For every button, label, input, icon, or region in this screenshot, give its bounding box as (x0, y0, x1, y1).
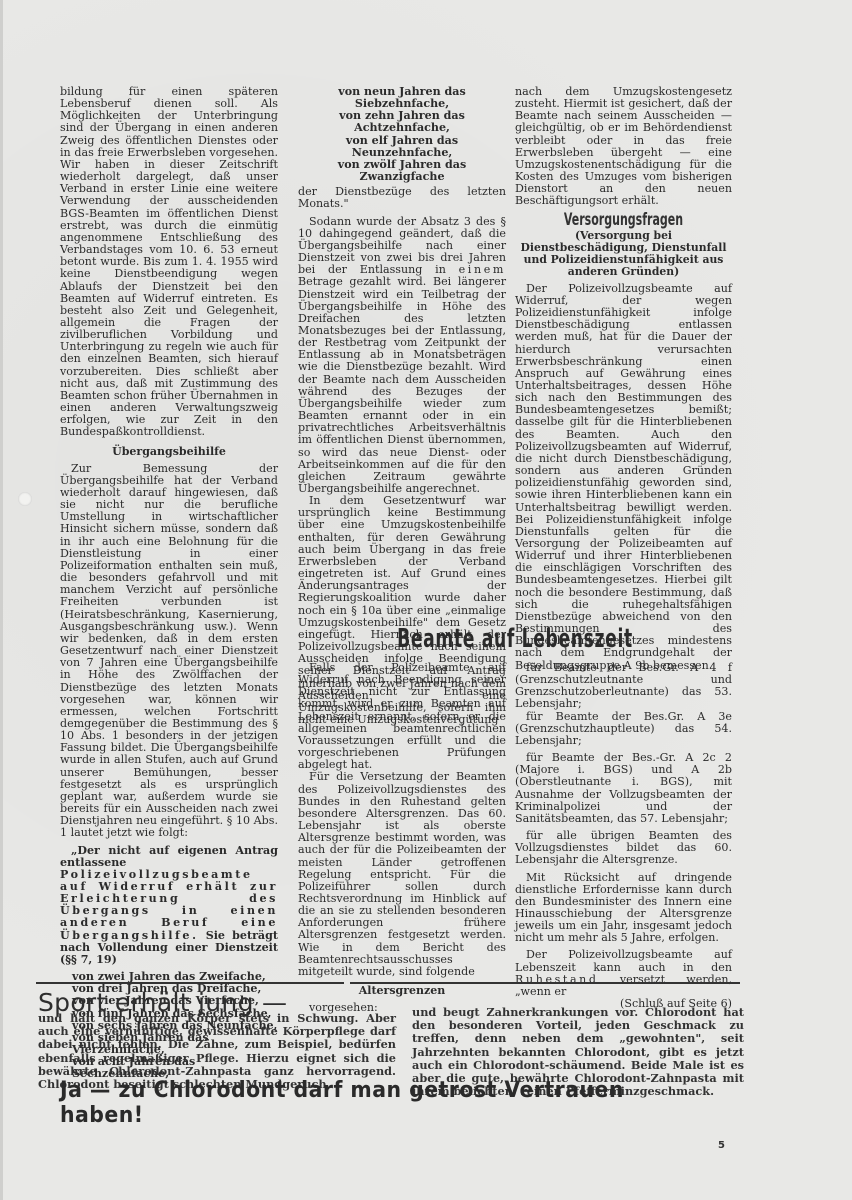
subheading-altersgrenzen: Altersgrenzen (298, 985, 506, 997)
list-item: für Beamte der Bes.Gr. A 3e (Grenzschutz… (515, 711, 732, 747)
magazine-page: bildung für einen späteren Lebensberuf d… (0, 0, 852, 1200)
punch-hole (18, 492, 32, 506)
paragraph: Für die Versetzung der Beamten des Poliz… (298, 771, 506, 978)
list-item: von zwölf Jahren das Zwanzigfache (298, 159, 506, 183)
spaced-text: einem (459, 263, 506, 276)
paragraph: nach dem Umzugskostengesetz zusteht. Hie… (515, 86, 732, 208)
article-column-3: nach dem Umzugskostengesetz zusteht. Hie… (515, 86, 732, 672)
list-item: von neun Jahren das Siebzehnfache, (298, 86, 506, 110)
heading-subtitle: (Versorgung bei Dienstbeschädigung, Dien… (515, 230, 732, 278)
section2-column-a: Falls der Polizeibeamte auf Widerruf nac… (298, 662, 506, 1014)
paragraph: Zur Bemessung der Übergangsbeihilfe hat … (60, 463, 278, 840)
list-item: für Beamte der Bes.-Gr. A 2c 2 (Majore i… (515, 752, 732, 825)
quote-intro: „Der nicht auf eigenen Antrag entlassene (60, 844, 278, 869)
list-item: für Beamte der Bes.Gr. A 4 f (Grenzschut… (515, 662, 732, 711)
list-item: von zehn Jahren das Achtzehnfache, (298, 110, 506, 134)
heading-beamte-auf-lebenszeit: Beamte auf Lebenszeit (373, 624, 657, 654)
paragraph: Der Polizeivollzugsbeamte auf Widerruf, … (515, 283, 732, 672)
list-end: der Dienstbezüge des letzten Monats." (298, 186, 506, 210)
paragraph: bildung für einen späteren Lebensberuf d… (60, 86, 278, 439)
article-column-1: bildung für einen späteren Lebensberuf d… (60, 86, 278, 1081)
text: Der Polizeivollzugsbeamte auf Lebenszeit… (515, 948, 732, 973)
heading-versorgungsfragen: Versorgungsfragen (545, 214, 701, 226)
section2-column-b: für Beamte der Bes.Gr. A 4 f (Grenzschut… (515, 662, 732, 1010)
divider-rule (36, 982, 344, 984)
list-item: für alle übrigen Beamten des Vollzugsdie… (515, 830, 732, 866)
page-edge (0, 0, 3, 1200)
subheading-uebergangsbeihilfe: Übergangsbeihilfe (60, 446, 278, 458)
paragraph: Der Polizeivollzugsbeamte auf Lebenszeit… (515, 949, 732, 998)
advert-slogan: Ja — zu Chlorodont darf man getrost Vert… (60, 1078, 711, 1128)
paragraph: Mit Rücksicht auf dringende dienstliche … (515, 872, 732, 945)
list-item: von elf Jahren das Neunzehnfache, (298, 135, 506, 159)
paragraph: Falls der Polizeibeamte auf Widerruf nac… (298, 662, 506, 771)
text: Betrage gezahlt wird. Bei längerer Diens… (298, 275, 506, 495)
law-quote: „Der nicht auf eigenen Antrag entlassene… (60, 845, 278, 967)
paragraph: Sodann wurde der Absatz 3 des § 10 dahin… (298, 216, 506, 496)
page-number: 5 (718, 1140, 725, 1151)
divider-rule (350, 982, 740, 984)
